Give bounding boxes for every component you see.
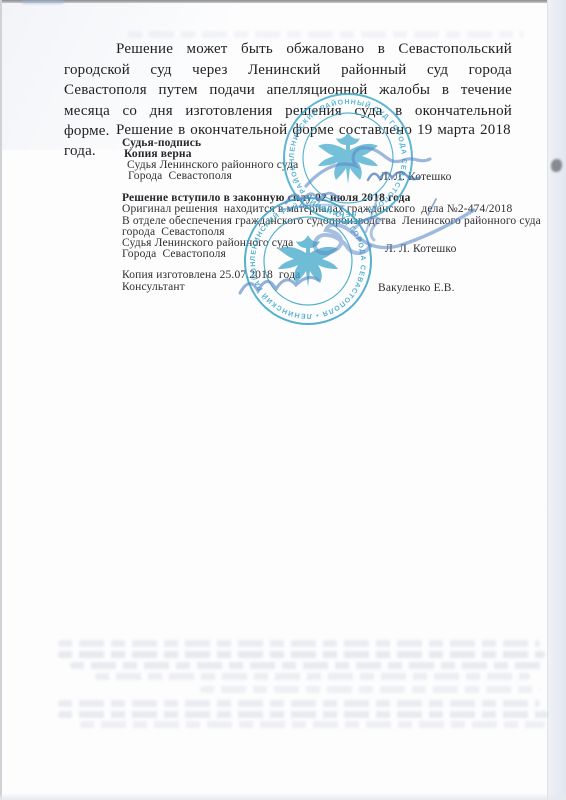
bleed-through-text [58, 651, 545, 658]
copy-made-date: Копия изготовлена 25.07.2018 года [122, 270, 300, 282]
bleed-through-text [58, 700, 540, 707]
bleed-through-text [58, 711, 548, 718]
judge-city-line: Города Севастополя [122, 249, 226, 261]
judge-city-line: Города Севастополя [128, 171, 232, 183]
bleed-through-text [128, 31, 524, 38]
original-location-line: Оригинал решения находится в материалах … [122, 204, 512, 216]
bleed-through-text [95, 673, 530, 680]
ink-smudge [551, 159, 562, 172]
judge-name: Л. Л. Котешко [385, 244, 456, 256]
ink-smudge [22, 0, 64, 4]
scan-edge-left [0, 0, 2, 800]
document-page: Решение может быть обжаловано в Севастоп… [0, 0, 566, 800]
consultant-label: Консультант [122, 282, 185, 294]
consultant-name: Вакуленко Е.В. [378, 283, 455, 295]
scan-band-right [547, 0, 566, 800]
bleed-through-text [70, 662, 542, 669]
judge-name: Л. Л. Котешко [380, 172, 451, 184]
scan-edge-top [0, 0, 566, 3]
bleed-through-text [58, 640, 540, 647]
bleed-through-text [200, 686, 540, 693]
bleed-through-text [80, 721, 545, 728]
scan-edge-bottom [0, 793, 566, 800]
